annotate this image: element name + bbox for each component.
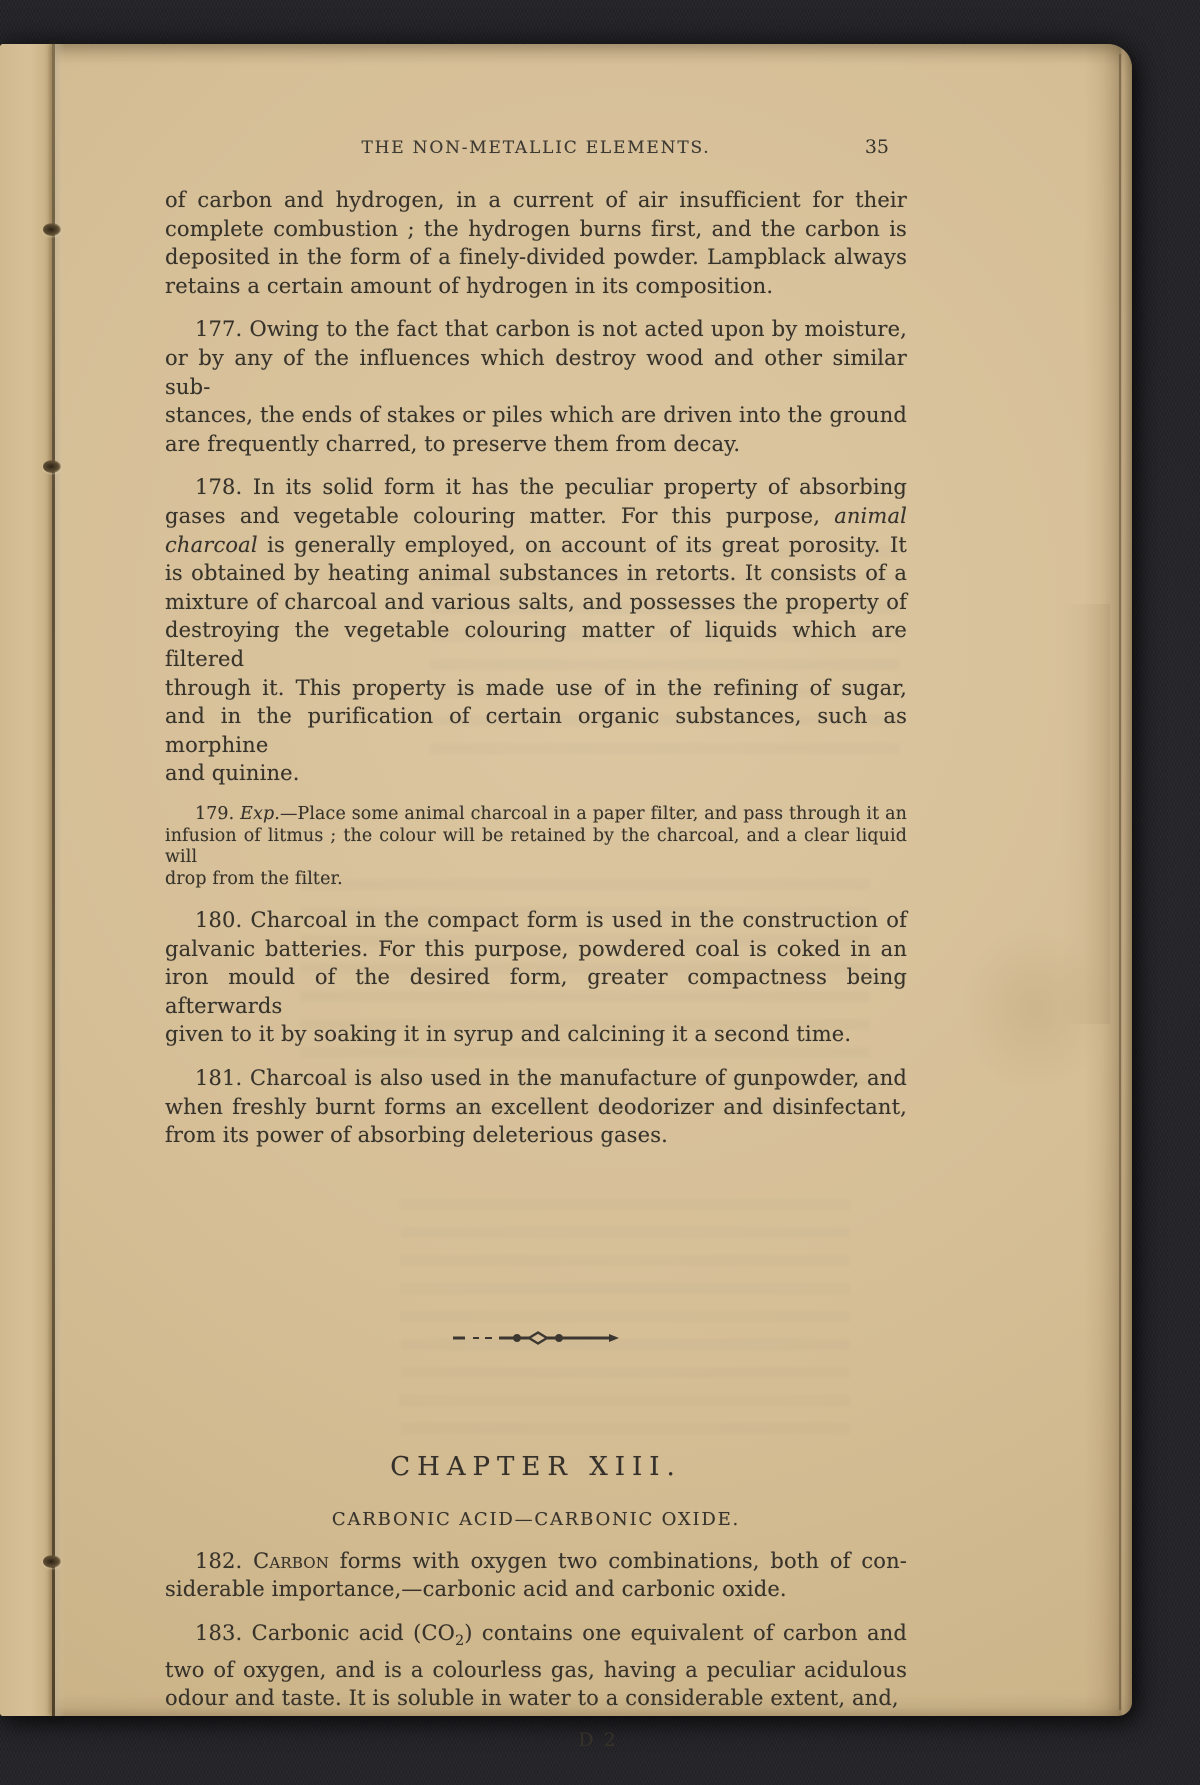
page-header: THE NON-METALLIC ELEMENTS. 35 bbox=[165, 138, 907, 162]
text-line: and quinine. bbox=[165, 759, 907, 788]
chapter-subtitle: CARBONIC ACID—CARBONIC OXIDE. bbox=[165, 1508, 907, 1532]
text-line: deposited in the form of a finely-divide… bbox=[165, 243, 907, 272]
section-divider bbox=[165, 1330, 907, 1350]
divider-ornament-icon bbox=[451, 1330, 621, 1346]
para-181: 181. Charcoal is also used in the manufa… bbox=[165, 1064, 907, 1150]
para-183: 183. Carbonic acid (CO2) contains one eq… bbox=[165, 1619, 907, 1713]
text-line: 183. Carbonic acid (CO2) contains one eq… bbox=[165, 1619, 907, 1656]
stitch-hole bbox=[43, 223, 61, 236]
text-line: mixture of charcoal and various salts, a… bbox=[165, 588, 907, 617]
para-182: 182. Carbon forms with oxygen two combin… bbox=[165, 1547, 907, 1604]
gutter-previous-leaf bbox=[0, 44, 53, 1716]
text-line: gases and vegetable colouring matter. Fo… bbox=[165, 502, 907, 531]
text-line: is obtained by heating animal substances… bbox=[165, 559, 907, 588]
text-line: odour and taste. It is soluble in water … bbox=[165, 1684, 907, 1713]
text-line: given to it by soaking it in syrup and c… bbox=[165, 1020, 907, 1049]
text-line: stances, the ends of stakes or piles whi… bbox=[165, 401, 907, 430]
text-line: siderable importance,—carbonic acid and … bbox=[165, 1575, 907, 1604]
text-line: and in the purification of certain organ… bbox=[165, 702, 907, 759]
text-line: from its power of absorbing deleterious … bbox=[165, 1121, 907, 1150]
text-line: through it. This property is made use of… bbox=[165, 674, 907, 703]
text-line: charcoal is generally employed, on accou… bbox=[165, 531, 907, 560]
stitch-hole bbox=[43, 1555, 61, 1568]
text-line: 181. Charcoal is also used in the manufa… bbox=[165, 1064, 907, 1093]
text-line: of carbon and hydrogen, in a current of … bbox=[165, 186, 907, 215]
para-180: 180. Charcoal in the compact form is use… bbox=[165, 906, 907, 1049]
page-number: 35 bbox=[865, 136, 889, 158]
text-line: drop from the filter. bbox=[165, 869, 907, 891]
signature-mark: D 2 bbox=[227, 1729, 969, 1751]
text-line: 180. Charcoal in the compact form is use… bbox=[165, 906, 907, 935]
binding-crease bbox=[52, 44, 55, 1716]
fore-edge-page-stack bbox=[1084, 44, 1132, 1716]
text-line: 182. Carbon forms with oxygen two combin… bbox=[165, 1547, 907, 1576]
para-179-experiment: 179. Exp.—Place some animal charcoal in … bbox=[165, 804, 907, 891]
chapter-title: CHAPTER XIII. bbox=[165, 1450, 907, 1484]
text-line: galvanic batteries. For this purpose, po… bbox=[165, 935, 907, 964]
running-header: THE NON-METALLIC ELEMENTS. bbox=[165, 138, 907, 158]
text-line: retains a certain amount of hydrogen in … bbox=[165, 272, 907, 301]
text-line: when freshly burnt forms an excellent de… bbox=[165, 1093, 907, 1122]
para-continuation-lampblack: of carbon and hydrogen, in a current of … bbox=[165, 186, 907, 300]
text-line: 178. In its solid form it has the peculi… bbox=[165, 473, 907, 502]
para-177: 177. Owing to the fact that carbon is no… bbox=[165, 315, 907, 458]
text-line: or by any of the influences which destro… bbox=[165, 344, 907, 401]
para-178: 178. In its solid form it has the peculi… bbox=[165, 473, 907, 788]
book-page: THE NON-METALLIC ELEMENTS. 35 of carbon … bbox=[0, 44, 1132, 1716]
text-line: 179. Exp.—Place some animal charcoal in … bbox=[165, 804, 907, 826]
text-line: complete combustion ; the hydrogen burns… bbox=[165, 215, 907, 244]
text-line: are frequently charred, to preserve them… bbox=[165, 430, 907, 459]
stitch-hole bbox=[43, 460, 61, 473]
text-line: two of oxygen, and is a colourless gas, … bbox=[165, 1656, 907, 1685]
text-column: THE NON-METALLIC ELEMENTS. 35 of carbon … bbox=[165, 44, 907, 1751]
text-line: 177. Owing to the fact that carbon is no… bbox=[165, 315, 907, 344]
text-line: infusion of litmus ; the colour will be … bbox=[165, 826, 907, 870]
text-line: destroying the vegetable colouring matte… bbox=[165, 616, 907, 673]
text-line: iron mould of the desired form, greater … bbox=[165, 963, 907, 1020]
